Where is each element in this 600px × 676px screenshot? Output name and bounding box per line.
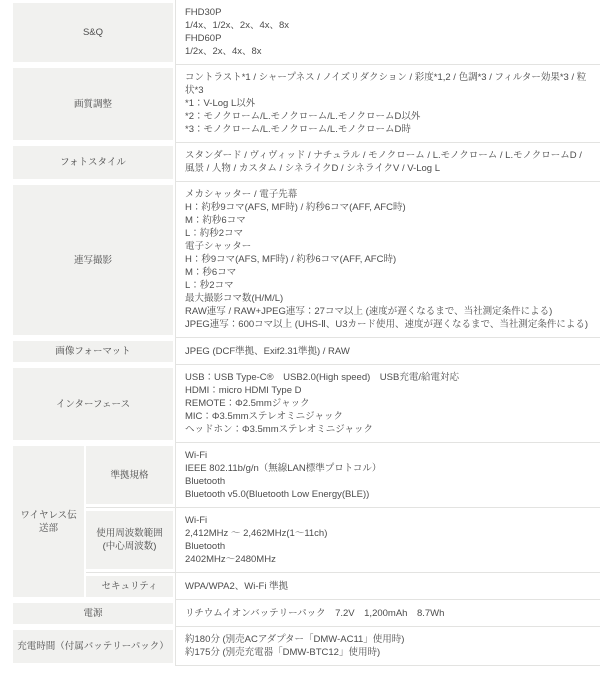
spec-group-wireless: ワイヤレス伝送部 準拠規格 Wi-Fi IEEE 802.11b/g/n（無線L… <box>13 443 600 600</box>
spec-table: S&Q FHD30P 1/4x、1/2x、2x、4x、8x FHD60P 1/2… <box>13 0 600 666</box>
row-value-charging-time: 約180分 (別売ACアダプター「DMW-AC11」使用時) 約175分 (別売… <box>175 627 600 666</box>
subrow-value-frequency-range: Wi-Fi 2,412MHz ～ 2,462MHz(1～11ch) Blueto… <box>175 508 600 572</box>
group-label-text: ワイヤレス伝送部 <box>20 509 77 535</box>
row-label-charging-time: 充電時間（付属バッテリーパック） <box>13 630 173 663</box>
subrow-label-frequency-range: 使用周波数範囲(中心周波数) <box>86 511 173 569</box>
row-value-photo-style: スタンダード / ヴィヴィッド / ナチュラル / モノクローム / L.モノク… <box>175 143 600 182</box>
subrow-value-text: Wi-Fi 2,412MHz ～ 2,462MHz(1～11ch) Blueto… <box>185 514 327 566</box>
subrow-value-text: Wi-Fi IEEE 802.11b/g/n（無線LAN標準プロトコル） Blu… <box>185 449 381 501</box>
spec-row-burst-shooting: 連写撮影 メカシャッター / 電子先幕 H：約秒9コマ(AFS, MF時) / … <box>13 182 600 338</box>
row-label-text: 画質調整 <box>74 98 112 111</box>
row-value-burst-shooting: メカシャッター / 電子先幕 H：約秒9コマ(AFS, MF時) / 約秒6コマ… <box>175 182 600 338</box>
row-value-image-quality-adjust: コントラスト*1 / シャープネス / ノイズリダクション / 彩度*1,2 /… <box>175 65 600 143</box>
spec-subrow-frequency-range: 使用周波数範囲(中心周波数) Wi-Fi 2,412MHz ～ 2,462MHz… <box>86 508 600 573</box>
spec-row-image-quality-adjust: 画質調整 コントラスト*1 / シャープネス / ノイズリダクション / 彩度*… <box>13 65 600 143</box>
subrow-label-text: セキュリティ <box>101 580 157 593</box>
spec-row-power: 電源 リチウムイオンバッテリーパック 7.2V 1,200mAh 8.7Wh <box>13 600 600 627</box>
row-value-image-format: JPEG (DCF準拠、Exif2.31準拠) / RAW <box>175 338 600 365</box>
row-value-interface: USB：USB Type-C® USB2.0(High speed) USB充電… <box>175 365 600 443</box>
spec-row-interface: インターフェース USB：USB Type-C® USB2.0(High spe… <box>13 365 600 443</box>
row-label-text: 電源 <box>83 607 102 620</box>
group-label-wireless: ワイヤレス伝送部 <box>13 446 84 597</box>
wireless-subrows: 準拠規格 Wi-Fi IEEE 802.11b/g/n（無線LAN標準プロトコル… <box>86 443 600 600</box>
row-label-text: 充電時間（付属バッテリーパック） <box>17 640 169 653</box>
row-value-text: 約180分 (別売ACアダプター「DMW-AC11」使用時) 約175分 (別売… <box>185 633 404 659</box>
spec-subrow-security: セキュリティ WPA/WPA2、Wi-Fi 準拠 <box>86 573 600 600</box>
row-label-interface: インターフェース <box>13 368 173 440</box>
row-value-text: メカシャッター / 電子先幕 H：約秒9コマ(AFS, MF時) / 約秒6コマ… <box>185 188 588 331</box>
spec-row-image-format: 画像フォーマット JPEG (DCF準拠、Exif2.31準拠) / RAW <box>13 338 600 365</box>
spec-row-s-and-q: S&Q FHD30P 1/4x、1/2x、2x、4x、8x FHD60P 1/2… <box>13 0 600 65</box>
row-label-text: フォトスタイル <box>60 156 126 169</box>
subrow-value-standards: Wi-Fi IEEE 802.11b/g/n（無線LAN標準プロトコル） Blu… <box>175 443 600 507</box>
row-value-text: スタンダード / ヴィヴィッド / ナチュラル / モノクローム / L.モノク… <box>185 149 592 175</box>
row-label-photo-style: フォトスタイル <box>13 146 173 179</box>
subrow-label-text: 使用周波数範囲(中心周波数) <box>91 527 168 553</box>
row-label-burst-shooting: 連写撮影 <box>13 185 173 335</box>
spec-subrow-standards: 準拠規格 Wi-Fi IEEE 802.11b/g/n（無線LAN標準プロトコル… <box>86 443 600 508</box>
subrow-value-text: WPA/WPA2、Wi-Fi 準拠 <box>185 580 288 593</box>
row-label-text: インターフェース <box>56 398 130 411</box>
row-value-s-and-q: FHD30P 1/4x、1/2x、2x、4x、8x FHD60P 1/2x、2x… <box>175 0 600 65</box>
spec-row-charging-time: 充電時間（付属バッテリーパック） 約180分 (別売ACアダプター「DMW-AC… <box>13 627 600 666</box>
row-label-image-quality-adjust: 画質調整 <box>13 68 173 140</box>
row-label-text: S&Q <box>83 26 103 39</box>
spec-page: S&Q FHD30P 1/4x、1/2x、2x、4x、8x FHD60P 1/2… <box>0 0 600 676</box>
row-value-text: USB：USB Type-C® USB2.0(High speed) USB充電… <box>185 371 459 436</box>
row-value-text: コントラスト*1 / シャープネス / ノイズリダクション / 彩度*1,2 /… <box>185 71 592 136</box>
row-value-text: リチウムイオンバッテリーパック 7.2V 1,200mAh 8.7Wh <box>185 607 444 620</box>
subrow-value-security: WPA/WPA2、Wi-Fi 準拠 <box>175 573 600 600</box>
row-label-power: 電源 <box>13 603 173 624</box>
subrow-label-security: セキュリティ <box>86 576 173 597</box>
row-label-text: 連写撮影 <box>74 254 112 267</box>
row-label-image-format: 画像フォーマット <box>13 341 173 362</box>
row-label-s-and-q: S&Q <box>13 3 173 62</box>
subrow-label-standards: 準拠規格 <box>86 446 173 504</box>
row-value-text: JPEG (DCF準拠、Exif2.31準拠) / RAW <box>185 345 350 358</box>
row-label-text: 画像フォーマット <box>55 345 130 358</box>
spec-row-photo-style: フォトスタイル スタンダード / ヴィヴィッド / ナチュラル / モノクローム… <box>13 143 600 182</box>
row-value-text: FHD30P 1/4x、1/2x、2x、4x、8x FHD60P 1/2x、2x… <box>185 6 289 58</box>
subrow-label-text: 準拠規格 <box>110 469 148 482</box>
row-value-power: リチウムイオンバッテリーパック 7.2V 1,200mAh 8.7Wh <box>175 600 600 627</box>
